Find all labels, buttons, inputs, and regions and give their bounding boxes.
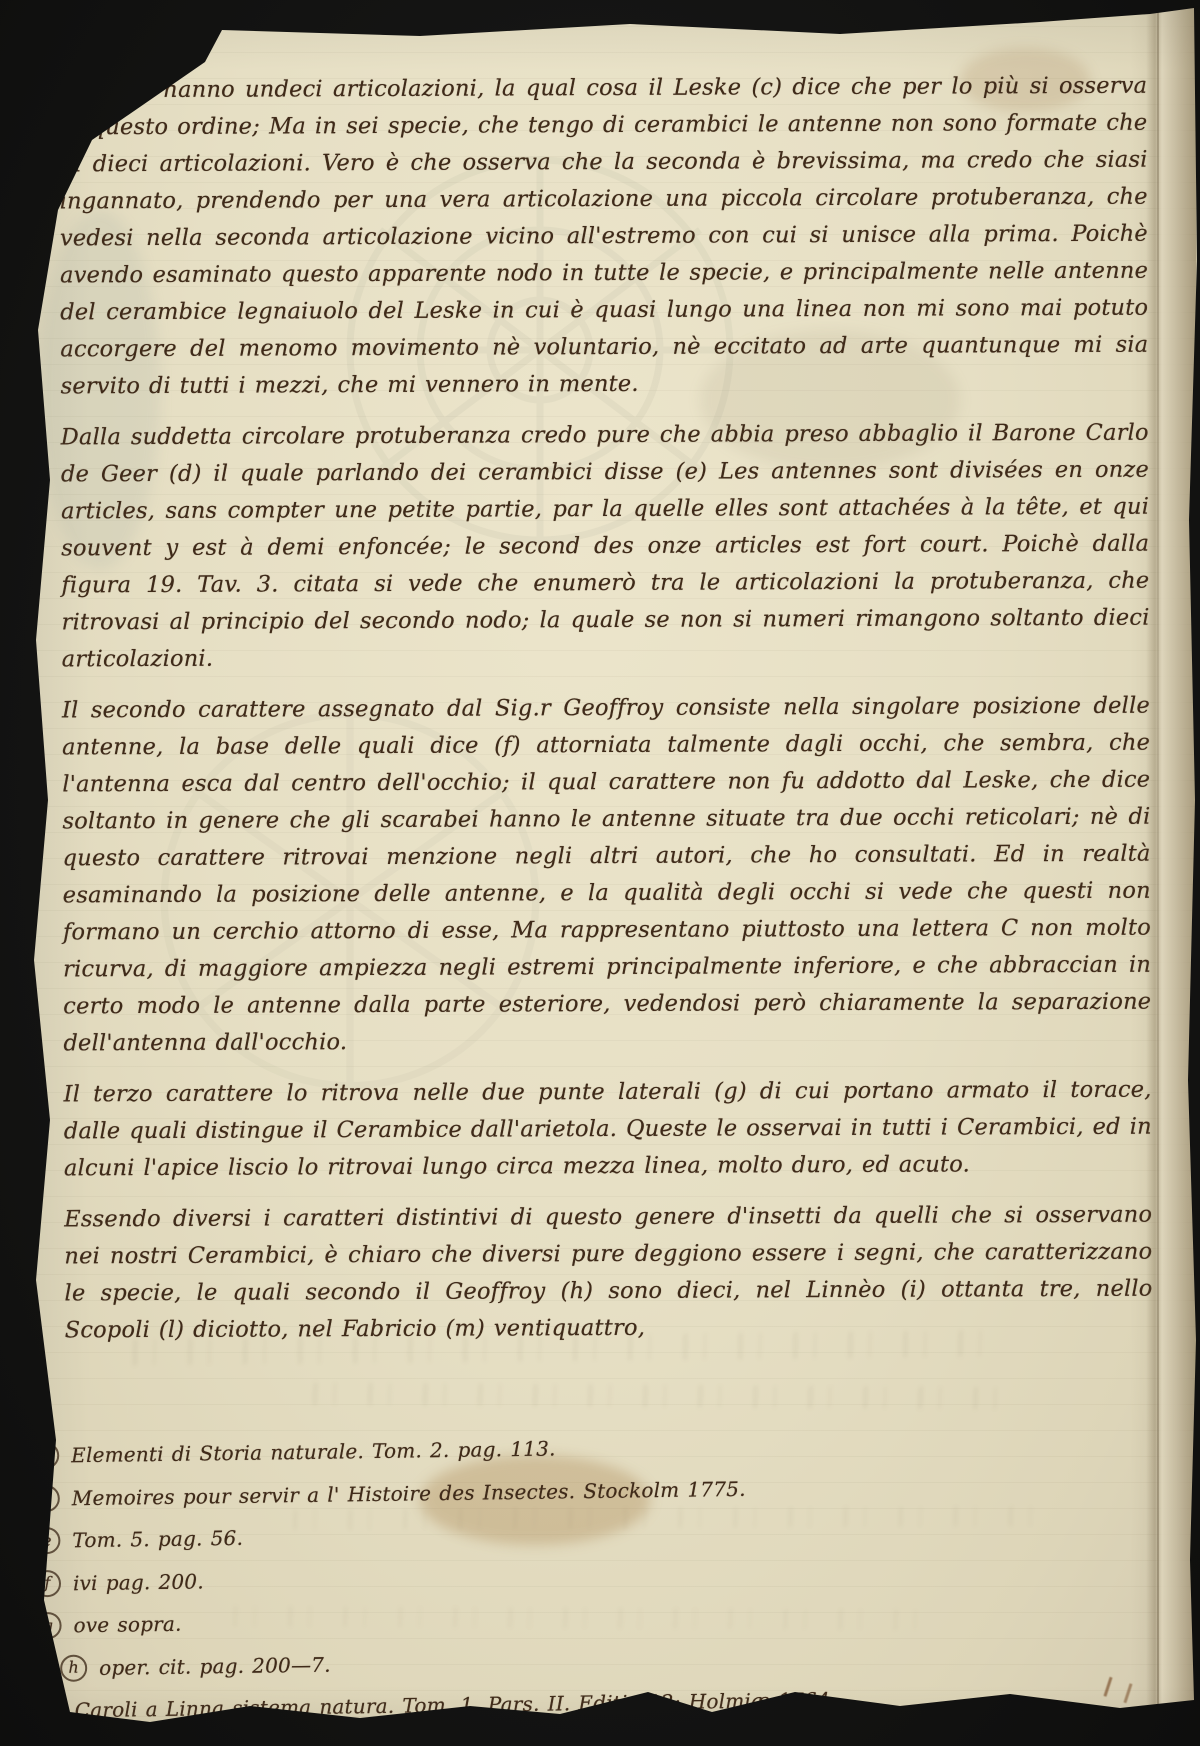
footnote-row: cElementi di Storia naturale. Tom. 2. pa… [32,1425,1072,1471]
footnote-text: ivi pag. 200. [73,1569,204,1595]
footnote-text: Caroli a Linna sistema natura. Tom. 1. P… [75,1688,837,1723]
paragraph: Dalla suddetta circolare protuberanza cr… [61,415,1150,679]
footnote-row: fivi pag. 200. [34,1552,1074,1598]
page-fold-edge [1146,0,1196,1746]
manuscript-page: antenne hanno undeci articolazioni, la q… [0,0,1200,1746]
footnote-marker: g [34,1612,61,1639]
paragraph: Il terzo carattere lo ritrova nelle due … [64,1072,1152,1188]
footnote-text: oper. cit. pag. 200—7. [99,1652,331,1679]
paragraph: antenne hanno undeci articolazioni, la q… [59,68,1148,406]
footnote-row: iCaroli a Linna sistema natura. Tom. 1. … [36,1680,1076,1726]
manuscript-scan: antenne hanno undeci articolazioni, la q… [0,0,1200,1746]
manuscript-text: antenne hanno undeci articolazioni, la q… [59,68,1153,1364]
stray-ink-mark [1103,1677,1132,1703]
footnote-row: eTom. 5. pag. 56. [33,1510,1073,1556]
footnote-marker: e [33,1527,60,1554]
paragraph: Il secondo carattere assegnato dal Sig.r… [62,688,1152,1063]
footnote-marker: d [33,1484,60,1511]
footnote-text: Elementi di Storia naturale. Tom. 2. pag… [71,1436,556,1467]
footnote-marker: i [36,1697,63,1724]
stray-ink-mark [140,38,186,84]
footnote-row: dMemoires pour servir a l' Histoire des … [33,1467,1073,1513]
ink-bleedthrough [300,1383,1000,1410]
footnote-text: Tom. 5. pag. 56. [72,1526,243,1552]
ink-blot [35,1657,56,1678]
footnote-text: ove sopra. [73,1612,181,1638]
paragraph: Essendo diversi i caratteri distintivi d… [64,1197,1153,1350]
footnote-text: Memoires pour servir a l' Histoire des I… [72,1476,746,1509]
footnote-marker: c [32,1442,59,1469]
footnote-marker: f [34,1569,61,1596]
page-fold-crease [1157,0,1159,1746]
footnotes: cElementi di Storia naturale. Tom. 2. pa… [32,1425,1076,1737]
footnote-marker: h [60,1654,87,1681]
footnote-row: gove sopra. [34,1595,1074,1641]
footnote-row: hoper. cit. pag. 200—7. [35,1637,1075,1683]
